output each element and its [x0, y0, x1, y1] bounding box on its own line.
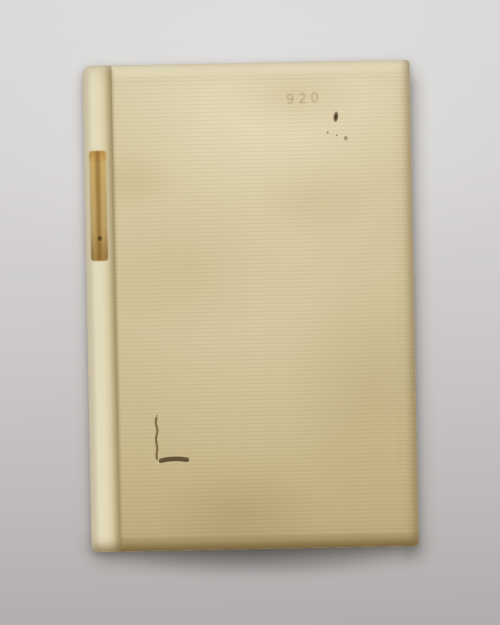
cover-edge-vignette [82, 60, 418, 552]
vellum-book: 920 [82, 60, 418, 552]
photo-canvas: 920 [0, 0, 500, 625]
